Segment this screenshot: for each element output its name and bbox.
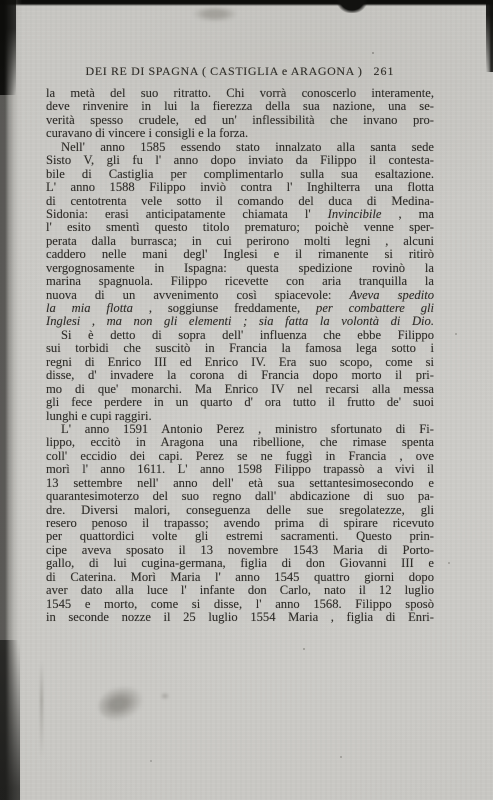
text: regni di Enrico III ed Enrico IV. Era su… bbox=[46, 355, 434, 369]
text: lunghi e cupi raggiri. bbox=[46, 409, 152, 423]
body-line: gli fece perdere in un quarto d' ora tut… bbox=[46, 396, 434, 409]
paper-crease bbox=[40, 662, 43, 757]
scan-edge-top-bump bbox=[337, 0, 367, 13]
text: Nell' anno 1585 essendo stato innalzato … bbox=[61, 140, 434, 154]
scan-edge-right-top bbox=[486, 0, 493, 72]
text: nuova di un avvenimento così spiacevole: bbox=[46, 288, 350, 302]
body-line: marina spagnuola. Filippo ricevette con … bbox=[46, 275, 434, 288]
body-line: dre. Diversi malori, conseguenza delle s… bbox=[46, 504, 434, 517]
body-line: nuova di un avvenimento così spiacevole:… bbox=[46, 289, 434, 302]
text: Si è detto di sopra dell' influenza che … bbox=[61, 328, 434, 342]
text: L' anno 1588 Filippo inviò contra l' Ing… bbox=[46, 180, 434, 194]
printed-content: DEI RE DI SPAGNA ( CASTIGLIA e ARAGONA )… bbox=[46, 64, 434, 625]
text: la metà del suo ritratto. Chi vorrà cono… bbox=[46, 86, 434, 100]
text: in seconde nozze il 25 luglio 1554 Maria… bbox=[46, 610, 434, 624]
body-line: regni di Enrico III ed Enrico IV. Era su… bbox=[46, 356, 434, 369]
text: curavano di vincere i consigli e la forz… bbox=[46, 126, 248, 140]
paper-specks bbox=[0, 0, 2, 2]
body-line: Sisto V, gli fu l' anno dopo inviato da … bbox=[46, 154, 434, 167]
body-line: L' anno 1591 Antonio Perez , ministro sf… bbox=[46, 423, 434, 436]
body-line: lunghi e cupi raggiri. bbox=[46, 410, 434, 423]
body-line: disse, d' invadere la corona di Francia … bbox=[46, 369, 434, 382]
body-line: l' esito smentì questo titolo prematuro;… bbox=[46, 221, 434, 234]
paper-smudge-top bbox=[192, 6, 238, 22]
scanned-page: DEI RE DI SPAGNA ( CASTIGLIA e ARAGONA )… bbox=[0, 0, 493, 800]
text: morì l' anno 1611. L' anno 1598 Filippo … bbox=[46, 462, 434, 476]
text: bile di Castiglia per complimentarlo sul… bbox=[46, 167, 434, 181]
body-line: caddero nelle mani degl' Inglesi e il ri… bbox=[46, 248, 434, 261]
header-title: DEI RE DI SPAGNA ( CASTIGLIA e ARAGONA ) bbox=[86, 64, 363, 79]
body-line: 1545 e morto, come si disse, l' anno 156… bbox=[46, 598, 434, 611]
text: Sidonia: erasi anticipatamente chiamata … bbox=[46, 207, 328, 221]
body-line: lippo, eccitò in Aragona una ribellione,… bbox=[46, 436, 434, 449]
body-line: per quattordici volte gli estremi sacram… bbox=[46, 530, 434, 543]
body-line: in seconde nozze il 25 luglio 1554 Maria… bbox=[46, 611, 434, 624]
text: quarantesimoterzo del suo regno dall' ab… bbox=[46, 489, 434, 503]
text: caddero nelle mani degl' Inglesi e il ri… bbox=[46, 247, 434, 261]
text: marina spagnuola. Filippo ricevette con … bbox=[46, 274, 434, 288]
body-line: curavano di vincere i consigli e la forz… bbox=[46, 127, 434, 140]
text: di centotrenta vele sotto il comando del… bbox=[46, 194, 434, 208]
body-line: vergognosamente in Ispagna: questa spedi… bbox=[46, 262, 434, 275]
text: sui torbidi che suscitò in Francia la fa… bbox=[46, 341, 434, 355]
body-line: cipe aveva sposato il 13 novembre 1543 M… bbox=[46, 544, 434, 557]
body-line: aver dato alla luce l' infante don Carlo… bbox=[46, 584, 434, 597]
text: perata dalla burrasca; in cui perirono m… bbox=[46, 234, 434, 248]
text: gli fece perdere in un quarto d' ora tut… bbox=[46, 395, 434, 409]
text: coll' eccidio dei capi. Perez se ne fugg… bbox=[46, 449, 434, 463]
body-line: perata dalla burrasca; in cui perirono m… bbox=[46, 235, 434, 248]
page-number: 261 bbox=[373, 64, 394, 79]
text: Sisto V, gli fu l' anno dopo inviato da … bbox=[46, 153, 434, 167]
body-line: 13 settembre nell' anno dell' età sua se… bbox=[46, 477, 434, 490]
italic-text: Inglesi , ma non gli elementi ; sia fatt… bbox=[46, 314, 434, 328]
body-line: Sidonia: erasi anticipatamente chiamata … bbox=[46, 208, 434, 221]
text: dre. Diversi malori, conseguenza delle s… bbox=[46, 503, 434, 517]
body-line: morì l' anno 1611. L' anno 1598 Filippo … bbox=[46, 463, 434, 476]
body-line: la metà del suo ritratto. Chi vorrà cono… bbox=[46, 87, 434, 100]
body-line: gallo, di lui cugina-germana, figlia di … bbox=[46, 557, 434, 570]
body-line: Nell' anno 1585 essendo stato innalzato … bbox=[46, 141, 434, 154]
body-line: Inglesi , ma non gli elementi ; sia fatt… bbox=[46, 315, 434, 328]
text: resero penoso il trapasso; avendo prima … bbox=[46, 516, 434, 530]
italic-text: la mia flotta bbox=[46, 301, 133, 315]
text: verità spesso crudele, ed un' inflessibi… bbox=[46, 113, 434, 127]
body-line: quarantesimoterzo del suo regno dall' ab… bbox=[46, 490, 434, 503]
text: disse, d' invadere la corona di Francia … bbox=[46, 368, 434, 382]
italic-text: Aveva spedito bbox=[350, 288, 435, 302]
text: , soggiunse freddamente, bbox=[133, 301, 316, 315]
text: lippo, eccitò in Aragona una ribellione,… bbox=[46, 435, 434, 449]
text: deve rinvenire in lui la fierezza della … bbox=[46, 99, 434, 113]
italic-text: per combattere gli bbox=[316, 301, 434, 315]
scan-edge-left-top bbox=[0, 0, 16, 95]
body-line: di Caterina. Morì Maria l' anno 1545 qua… bbox=[46, 571, 434, 584]
text: mo di que' monarchi. Ma Enrico IV nel re… bbox=[46, 382, 434, 396]
text: L' anno 1591 Antonio Perez , ministro sf… bbox=[61, 422, 434, 436]
body-line: la mia flotta , soggiunse freddamente, p… bbox=[46, 302, 434, 315]
body-line: L' anno 1588 Filippo inviò contra l' Ing… bbox=[46, 181, 434, 194]
scan-edge-left-bottom bbox=[0, 640, 20, 800]
text: , ma bbox=[381, 207, 434, 221]
text: gallo, di lui cugina-germana, figlia di … bbox=[46, 556, 434, 570]
body-line: di centotrenta vele sotto il comando del… bbox=[46, 195, 434, 208]
body-line: sui torbidi che suscitò in Francia la fa… bbox=[46, 342, 434, 355]
body-line: bile di Castiglia per complimentarlo sul… bbox=[46, 168, 434, 181]
text: 1545 e morto, come si disse, l' anno 156… bbox=[46, 597, 434, 611]
paper-stain bbox=[94, 680, 148, 727]
text: aver dato alla luce l' infante don Carlo… bbox=[46, 583, 434, 597]
italic-text: Invincibile bbox=[328, 207, 382, 221]
text: vergognosamente in Ispagna: questa spedi… bbox=[46, 261, 434, 275]
body-line: Si è detto di sopra dell' influenza che … bbox=[46, 329, 434, 342]
body-line: deve rinvenire in lui la fierezza della … bbox=[46, 100, 434, 113]
running-header: DEI RE DI SPAGNA ( CASTIGLIA e ARAGONA )… bbox=[46, 64, 434, 79]
text: per quattordici volte gli estremi sacram… bbox=[46, 529, 434, 543]
scan-edge-top bbox=[0, 0, 493, 6]
body-line: mo di que' monarchi. Ma Enrico IV nel re… bbox=[46, 383, 434, 396]
text: 13 settembre nell' anno dell' età sua se… bbox=[46, 476, 434, 490]
text: cipe aveva sposato il 13 novembre 1543 M… bbox=[46, 543, 434, 557]
paper-stain-small bbox=[160, 692, 170, 700]
body-line: resero penoso il trapasso; avendo prima … bbox=[46, 517, 434, 530]
body-line: coll' eccidio dei capi. Perez se ne fugg… bbox=[46, 450, 434, 463]
text: l' esito smentì questo titolo prematuro;… bbox=[46, 220, 434, 234]
text: di Caterina. Morì Maria l' anno 1545 qua… bbox=[46, 570, 434, 584]
text-body: la metà del suo ritratto. Chi vorrà cono… bbox=[46, 87, 434, 625]
body-line: verità spesso crudele, ed un' inflessibi… bbox=[46, 114, 434, 127]
